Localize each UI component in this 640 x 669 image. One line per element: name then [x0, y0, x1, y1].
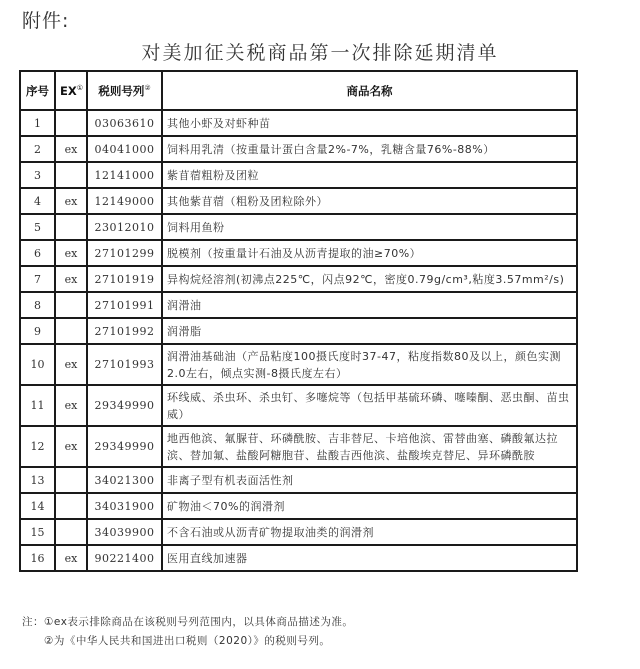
cell-index: 13	[20, 467, 55, 493]
cell-tariff-code: 27101919	[87, 266, 162, 292]
cell-ex: ex	[55, 266, 87, 292]
cell-tariff-code: 27101993	[87, 344, 162, 385]
table-row: 1334021300非离子型有机表面活性剂	[20, 467, 577, 493]
cell-ex: ex	[55, 136, 87, 162]
cell-ex	[55, 318, 87, 344]
cell-index: 9	[20, 318, 55, 344]
table-row: 12ex29349990地西他滨、氟脲苷、环磷酰胺、吉非替尼、卡培他滨、雷替曲塞…	[20, 426, 577, 467]
cell-ex	[55, 162, 87, 188]
cell-ex	[55, 214, 87, 240]
footnote-1: 注：①ex表示排除商品在该税则号列范围内，以具体商品描述为准。	[22, 613, 353, 632]
cell-ex	[55, 519, 87, 545]
cell-index: 5	[20, 214, 55, 240]
cell-ex	[55, 110, 87, 136]
table-row: 312141000紫苜蓿粗粉及团粒	[20, 162, 577, 188]
attachment-label: 附件:	[22, 6, 69, 33]
cell-index: 10	[20, 344, 55, 385]
document-title: 对美加征关税商品第一次排除延期清单	[0, 38, 640, 65]
cell-tariff-code: 12141000	[87, 162, 162, 188]
cell-ex: ex	[55, 385, 87, 426]
cell-index: 15	[20, 519, 55, 545]
header-index: 序号	[20, 71, 55, 110]
table-row: 10ex27101993润滑油基础油（产品粘度100摄氏度时37-47，粘度指数…	[20, 344, 577, 385]
cell-index: 14	[20, 493, 55, 519]
header-tariff-code: 税则号列②	[87, 71, 162, 110]
cell-index: 7	[20, 266, 55, 292]
footnote-marker-1: ①	[77, 84, 83, 92]
cell-tariff-code: 03063610	[87, 110, 162, 136]
cell-product-name: 脱模剂（按重量计石油及从沥青提取的油≥70%）	[162, 240, 577, 266]
table-row: 2ex04041000饲料用乳清（按重量计蛋白含量2%-7%，乳糖含量76%-8…	[20, 136, 577, 162]
header-ex: EX①	[55, 71, 87, 110]
cell-tariff-code: 23012010	[87, 214, 162, 240]
cell-product-name: 饲料用乳清（按重量计蛋白含量2%-7%，乳糖含量76%-88%）	[162, 136, 577, 162]
cell-ex	[55, 292, 87, 318]
table-row: 16ex90221400医用直线加速器	[20, 545, 577, 571]
exclusion-list-table: 序号 EX① 税则号列② 商品名称 103063610其他小虾及对虾种苗2ex0…	[19, 70, 578, 572]
cell-index: 1	[20, 110, 55, 136]
table-row: 7ex27101919异构烷烃溶剂(初沸点225℃，闪点92℃，密度0.79g/…	[20, 266, 577, 292]
table-body: 103063610其他小虾及对虾种苗2ex04041000饲料用乳清（按重量计蛋…	[20, 110, 577, 571]
table-row: 6ex27101299脱模剂（按重量计石油及从沥青提取的油≥70%）	[20, 240, 577, 266]
cell-index: 8	[20, 292, 55, 318]
cell-tariff-code: 34031900	[87, 493, 162, 519]
cell-ex: ex	[55, 426, 87, 467]
footnote-2: ②为《中华人民共和国进出口税则（2020）》的税则号列。	[22, 632, 353, 651]
cell-tariff-code: 34021300	[87, 467, 162, 493]
cell-ex: ex	[55, 188, 87, 214]
cell-product-name: 其他小虾及对虾种苗	[162, 110, 577, 136]
cell-product-name: 医用直线加速器	[162, 545, 577, 571]
footnotes: 注：①ex表示排除商品在该税则号列范围内，以具体商品描述为准。 ②为《中华人民共…	[22, 613, 353, 651]
cell-index: 4	[20, 188, 55, 214]
cell-product-name: 环线威、杀虫环、杀虫钉、多噻烷等（包括甲基硫环磷、噻嗪酮、恶虫酮、苗虫威）	[162, 385, 577, 426]
cell-ex	[55, 467, 87, 493]
cell-ex: ex	[55, 240, 87, 266]
table-row: 4ex12149000其他紫苜蓿（粗粉及团粒除外）	[20, 188, 577, 214]
cell-ex: ex	[55, 344, 87, 385]
cell-product-name: 润滑油	[162, 292, 577, 318]
cell-ex: ex	[55, 545, 87, 571]
table-row: 103063610其他小虾及对虾种苗	[20, 110, 577, 136]
table-row: 927101992润滑脂	[20, 318, 577, 344]
table-row: 1534039900不含石油或从沥青矿物提取油类的润滑剂	[20, 519, 577, 545]
cell-tariff-code: 90221400	[87, 545, 162, 571]
cell-product-name: 不含石油或从沥青矿物提取油类的润滑剂	[162, 519, 577, 545]
cell-tariff-code: 27101991	[87, 292, 162, 318]
cell-tariff-code: 04041000	[87, 136, 162, 162]
cell-product-name: 其他紫苜蓿（粗粉及团粒除外）	[162, 188, 577, 214]
footnote-marker-2: ②	[144, 84, 150, 92]
table-row: 523012010饲料用鱼粉	[20, 214, 577, 240]
cell-product-name: 润滑脂	[162, 318, 577, 344]
cell-index: 6	[20, 240, 55, 266]
cell-product-name: 矿物油＜70%的润滑剂	[162, 493, 577, 519]
header-product-name: 商品名称	[162, 71, 577, 110]
table-row: 11ex29349990环线威、杀虫环、杀虫钉、多噻烷等（包括甲基硫环磷、噻嗪酮…	[20, 385, 577, 426]
cell-product-name: 非离子型有机表面活性剂	[162, 467, 577, 493]
cell-index: 12	[20, 426, 55, 467]
cell-product-name: 润滑油基础油（产品粘度100摄氏度时37-47，粘度指数80及以上，颜色实测2.…	[162, 344, 577, 385]
cell-tariff-code: 12149000	[87, 188, 162, 214]
cell-index: 3	[20, 162, 55, 188]
cell-tariff-code: 29349990	[87, 426, 162, 467]
cell-product-name: 饲料用鱼粉	[162, 214, 577, 240]
cell-tariff-code: 27101992	[87, 318, 162, 344]
cell-tariff-code: 34039900	[87, 519, 162, 545]
table-row: 827101991润滑油	[20, 292, 577, 318]
cell-tariff-code: 27101299	[87, 240, 162, 266]
cell-ex	[55, 493, 87, 519]
cell-product-name: 紫苜蓿粗粉及团粒	[162, 162, 577, 188]
cell-product-name: 异构烷烃溶剂(初沸点225℃，闪点92℃，密度0.79g/cm³,粘度3.57m…	[162, 266, 577, 292]
cell-index: 11	[20, 385, 55, 426]
table-row: 1434031900矿物油＜70%的润滑剂	[20, 493, 577, 519]
cell-product-name: 地西他滨、氟脲苷、环磷酰胺、吉非替尼、卡培他滨、雷替曲塞、磷酸氟达拉滨、替加氟、…	[162, 426, 577, 467]
cell-index: 16	[20, 545, 55, 571]
cell-tariff-code: 29349990	[87, 385, 162, 426]
table-header-row: 序号 EX① 税则号列② 商品名称	[20, 71, 577, 110]
cell-index: 2	[20, 136, 55, 162]
